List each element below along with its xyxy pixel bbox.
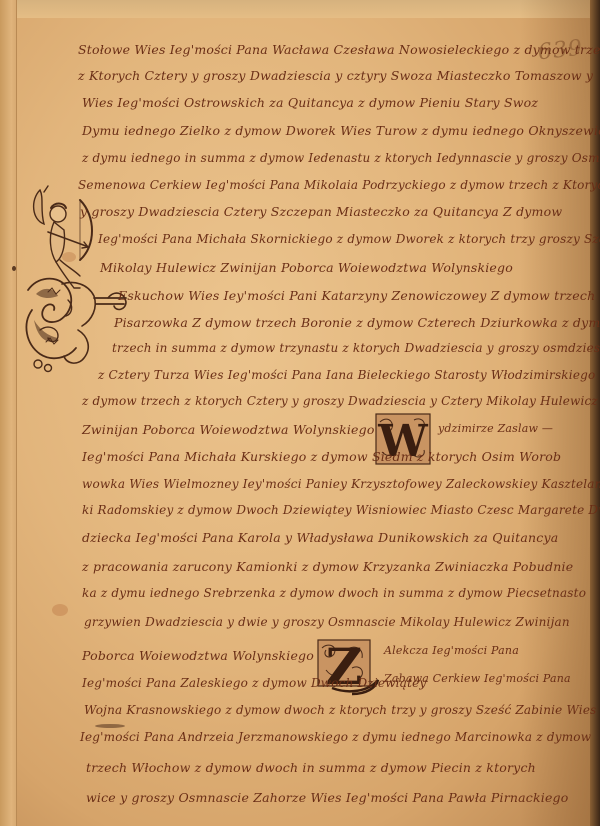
text-line-6: Semenowa Cerkiew Ieg'mości Pana Mikolaia…	[78, 178, 600, 192]
text-line-7: y groszy Dwadziescia Cztery Szczepan Mia…	[80, 204, 562, 219]
text-line-23b: Alekcza Ieg'mości Pana	[384, 644, 519, 657]
text-line-1: Stołowe Wies Ieg'mości Pana Wacława Czes…	[78, 42, 600, 57]
text-line-24b: Zabawa Cerkiew Ieg'mości Pana	[384, 672, 571, 685]
text-line-19: dziecka Ieg'mości Pana Karola y Władysła…	[82, 530, 558, 545]
text-line-13: z Cztery Turza Wies Ieg'mości Pana Iana …	[98, 368, 595, 382]
manuscript-text: Stołowe Wies Ieg'mości Pana Wacława Czes…	[0, 0, 600, 826]
text-line-9: Mikolay Hulewicz Zwinijan Poborca Woiewo…	[100, 260, 513, 275]
text-line-22: grzywien Dwadziescia y dwie y groszy Osm…	[84, 615, 570, 629]
text-line-3: Wies Ieg'mości Ostrowskich za Quitancya …	[82, 95, 538, 110]
text-line-24: Ieg'mości Pana Zaleskiego z dymow Dwoch …	[82, 676, 426, 690]
text-line-11: Pisarzowka Z dymow trzech Boronie z dymo…	[114, 315, 600, 330]
text-line-26: Ieg'mości Pana Andrzeia Jerzmanowskiego …	[80, 730, 591, 744]
text-line-14: z dymow trzech z ktorych Cztery y groszy…	[82, 394, 598, 408]
text-line-28: wice y groszy Osmnascie Zahorze Wies Ieg…	[86, 790, 568, 805]
text-line-15b: ydzimirze Zaslaw —	[438, 422, 553, 435]
text-line-18: ki Radomskiey z dymow Dwoch Dziewiątey W…	[82, 503, 600, 517]
text-line-23: Poborca Woiewodztwa Wolynskiego	[82, 648, 314, 663]
text-line-2: z Ktorych Cztery y groszy Dwadziescia y …	[78, 68, 593, 83]
text-line-5: z dymu iednego in summa z dymow Iedenast…	[82, 151, 600, 165]
text-line-4: Dymu iednego Zielko z dymow Dworek Wies …	[82, 123, 600, 138]
text-line-12: trzech in summa z dymow trzynastu z ktor…	[112, 341, 600, 355]
text-line-20: z pracowania zarucony Kamionki z dymow K…	[82, 559, 573, 574]
text-line-27: trzech Włochow z dymow dwoch in summa z …	[86, 760, 536, 775]
text-line-10: Eskuchow Wies Iey'mości Pani Katarzyny Z…	[118, 288, 595, 303]
text-line-25: Wojna Krasnowskiego z dymow dwoch z ktor…	[84, 703, 597, 717]
manuscript-page: 639	[0, 0, 600, 826]
text-line-16: Ieg'mości Pana Michała Kurskiego z dymow…	[82, 449, 561, 464]
text-line-15: Zwinijan Poborca Woiewodztwa Wolynskiego	[82, 422, 375, 437]
text-line-17: wowka Wies Wielmozney Iey'mości Paniey K…	[82, 477, 600, 491]
text-line-8: Ieg'mości Pana Michała Skornickiego z dy…	[98, 232, 600, 246]
text-line-21: ka z dymu iednego Srebrzenka z dymow dwo…	[82, 586, 586, 600]
